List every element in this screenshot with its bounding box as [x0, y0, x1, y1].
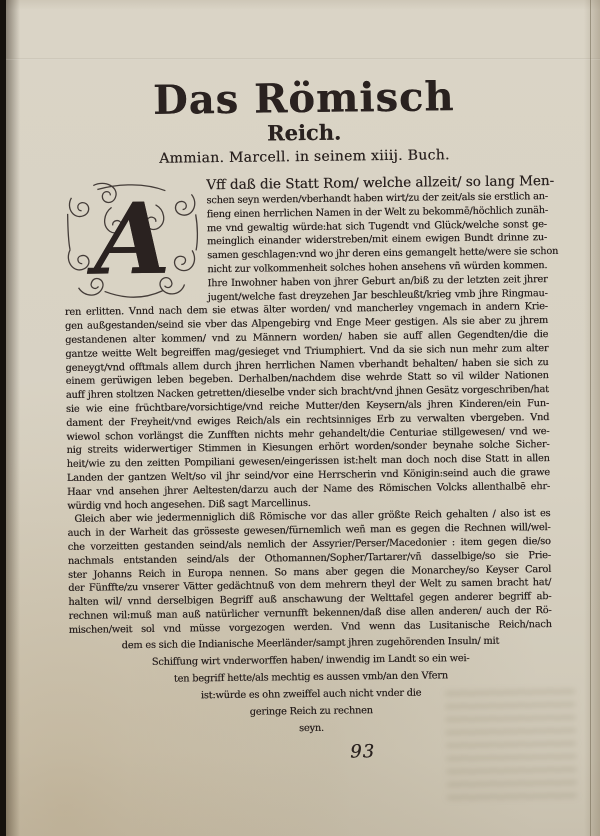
body-text: A Vff daß die Statt Rom/ welche allzeit/… [63, 172, 553, 765]
paragraph-one-lines: ren erlitten. Vnnd nach dem sie etwas äl… [65, 300, 550, 499]
page-content: Das Römisch Reich. Ammian. Marcell. in s… [62, 75, 553, 765]
ornamental-drop-cap: A [63, 178, 200, 301]
drop-cap-letter: A [85, 182, 170, 298]
paragraph-one-body: ren erlitten. Vnnd nach dem sie etwas äl… [65, 300, 550, 513]
page-title: Das Römisch [62, 75, 545, 123]
page-edge-line [590, 0, 591, 836]
tapered-closing-lines: dem es sich die Indianische Meerländer/s… [69, 632, 553, 740]
paper-page: Das Römisch Reich. Ammian. Marcell. in s… [6, 0, 600, 836]
paper-fold-line [6, 58, 600, 60]
title-block: Das Römisch Reich. Ammian. Marcell. in s… [62, 75, 546, 171]
book-page-photo: Das Römisch Reich. Ammian. Marcell. in s… [0, 0, 600, 836]
paragraph-one-opening: A Vff daß die Statt Rom/ welche allzeit/… [63, 172, 548, 306]
paragraph-two-body: Gleich aber wie jedermenniglich diß Römi… [67, 507, 551, 637]
drop-cap-flourish-art: A [63, 178, 200, 301]
paragraph-two-lines: Gleich aber wie jedermenniglich diß Römi… [67, 507, 551, 637]
source-attribution: Ammian. Marcell. in seinem xiiij. Buch. [63, 143, 546, 171]
closing-lines: dem es sich die Indianische Meerländer/s… [69, 632, 553, 740]
